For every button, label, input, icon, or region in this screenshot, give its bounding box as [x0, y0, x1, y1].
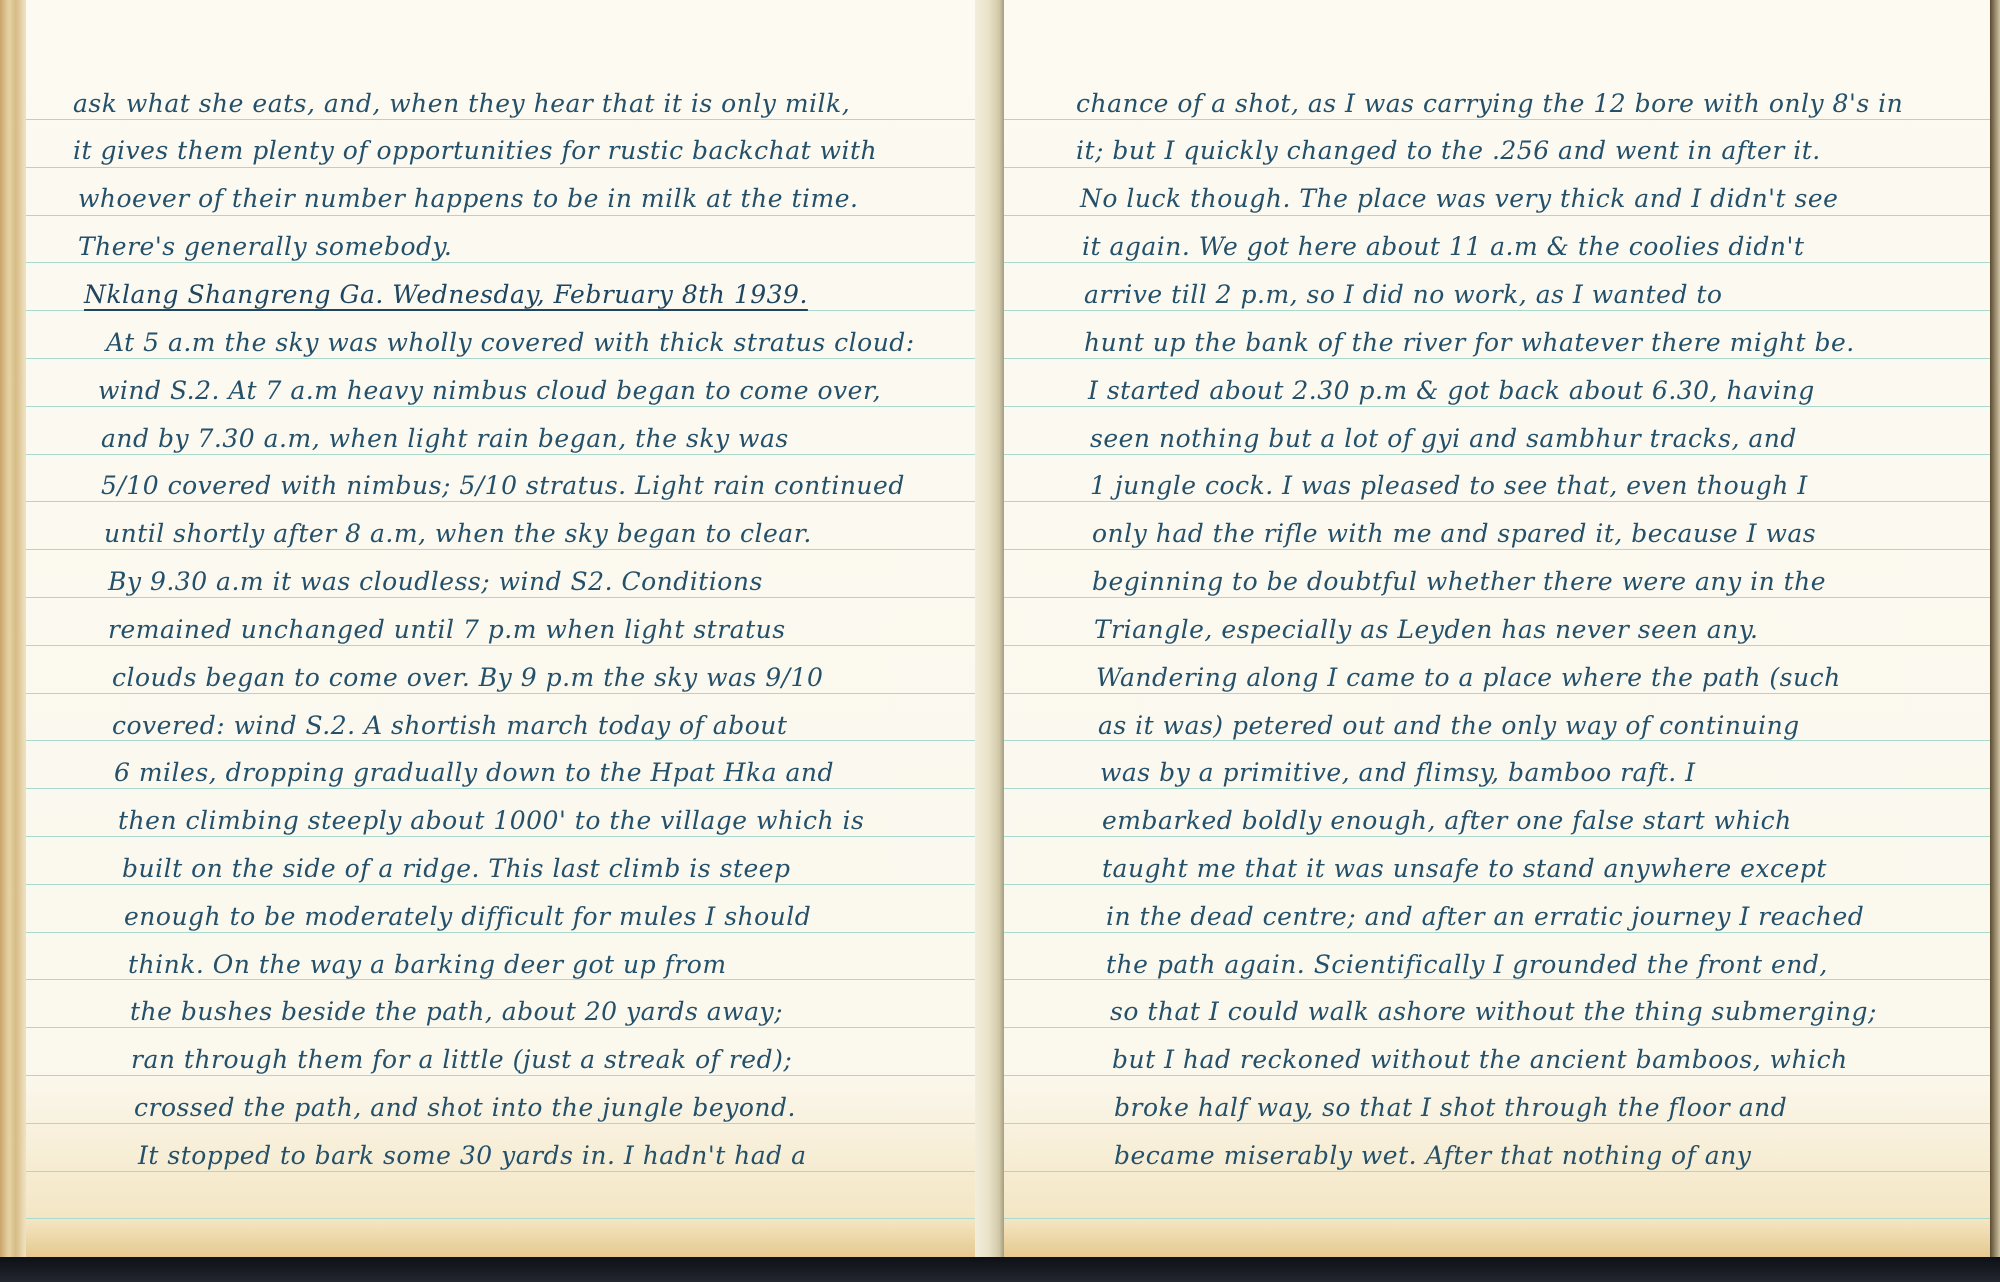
- ruled-line: [26, 884, 1000, 885]
- text-line: it again. We got here about 11 a.m & the…: [1082, 232, 1804, 261]
- ruled-line: [26, 788, 1000, 789]
- text-line: Triangle, especially as Leyden has never…: [1094, 615, 1758, 644]
- text-line: then climbing steeply about 1000' to the…: [118, 806, 864, 835]
- ruled-line: [1004, 1218, 1990, 1219]
- text-line: was by a primitive, and flimsy, bamboo r…: [1100, 758, 1696, 787]
- ruled-line: [26, 501, 1000, 502]
- text-line: crossed the path, and shot into the jung…: [134, 1093, 796, 1122]
- ruled-line: [26, 645, 1000, 646]
- text-line: clouds began to come over. By 9 p.m the …: [112, 663, 823, 692]
- text-line: it gives them plenty of opportunities fo…: [73, 136, 877, 165]
- ruled-line: [1004, 693, 1990, 694]
- book-cover-bottom: [0, 1257, 2000, 1282]
- text-line: and by 7.30 a.m, when light rain began, …: [101, 424, 789, 453]
- text-line: think. On the way a barking deer got up …: [128, 950, 727, 979]
- ruled-line: [1004, 740, 1990, 741]
- text-line: taught me that it was unsafe to stand an…: [1102, 854, 1827, 883]
- ruled-line: [1004, 358, 1990, 359]
- text-line: broke half way, so that I shot through t…: [1114, 1093, 1787, 1122]
- ruled-line: [26, 979, 1000, 980]
- text-line: beginning to be doubtful whether there w…: [1092, 567, 1826, 596]
- text-line: the path again. Scientifically I grounde…: [1106, 950, 1828, 979]
- text-line: 5/10 covered with nimbus; 5/10 stratus. …: [101, 471, 905, 500]
- ruled-line: [26, 310, 1000, 311]
- text-line: as it was) petered out and the only way …: [1098, 711, 1800, 740]
- ruled-line: [26, 1171, 1000, 1172]
- ruled-line: [26, 358, 1000, 359]
- ruled-line: [1004, 884, 1990, 885]
- open-notebook: ask what she eats, and, when they hear t…: [0, 0, 2000, 1257]
- ruled-line: [1004, 645, 1990, 646]
- text-line: became miserably wet. After that nothing…: [1114, 1141, 1751, 1170]
- ruled-line: [26, 454, 1000, 455]
- ruled-line: [1004, 501, 1990, 502]
- text-line: arrive till 2 p.m, so I did no work, as …: [1084, 280, 1723, 309]
- ruled-line: [26, 262, 1000, 263]
- text-line: so that I could walk ashore without the …: [1110, 997, 1877, 1026]
- ruled-line: [1004, 979, 1990, 980]
- ruled-line: [1004, 310, 1990, 311]
- text-line: ask what she eats, and, when they hear t…: [73, 89, 850, 118]
- text-line: covered: wind S.2. A shortish march toda…: [112, 711, 787, 740]
- text-line: chance of a shot, as I was carrying the …: [1076, 89, 1903, 118]
- book-gutter: [975, 0, 1005, 1257]
- text-line: whoever of their number happens to be in…: [78, 184, 858, 213]
- ruled-line: [1004, 262, 1990, 263]
- text-line: Wandering along I came to a place where …: [1096, 663, 1841, 692]
- ruled-line: [26, 693, 1000, 694]
- text-line: It stopped to bark some 30 yards in. I h…: [138, 1141, 807, 1170]
- ruled-line: [1004, 167, 1990, 168]
- text-line: it; but I quickly changed to the .256 an…: [1076, 136, 1821, 165]
- ruled-line: [26, 1075, 1000, 1076]
- ruled-line: [1004, 1075, 1990, 1076]
- ruled-line: [26, 1123, 1000, 1124]
- text-line: wind S.2. At 7 a.m heavy nimbus cloud be…: [98, 376, 881, 405]
- text-line: but I had reckoned without the ancient b…: [1112, 1045, 1848, 1074]
- ruled-line: [26, 119, 1000, 120]
- ruled-line: [26, 932, 1000, 933]
- right-page: chance of a shot, as I was carrying the …: [1004, 0, 1990, 1257]
- ruled-line: [26, 549, 1000, 550]
- text-line: ran through them for a little (just a st…: [131, 1045, 792, 1074]
- text-line: only had the rifle with me and spared it…: [1092, 519, 1816, 548]
- page-edge-left: [0, 0, 26, 1257]
- text-line: 1 jungle cock. I was pleased to see that…: [1090, 471, 1808, 500]
- text-line: in the dead centre; and after an erratic…: [1106, 902, 1864, 931]
- ruled-line: [1004, 1027, 1990, 1028]
- ruled-line: [1004, 1123, 1990, 1124]
- text-line: At 5 a.m the sky was wholly covered with…: [106, 328, 915, 357]
- text-line: 6 miles, dropping gradually down to the …: [114, 758, 834, 787]
- text-line: hunt up the bank of the river for whatev…: [1084, 328, 1855, 357]
- text-line: No luck though. The place was very thick…: [1080, 184, 1838, 213]
- ruled-line: [1004, 549, 1990, 550]
- ruled-line: [26, 1027, 1000, 1028]
- text-line: built on the side of a ridge. This last …: [122, 854, 791, 883]
- ruled-line: [1004, 788, 1990, 789]
- ruled-line: [1004, 836, 1990, 837]
- text-line: There's generally somebody.: [78, 232, 452, 261]
- text-line: seen nothing but a lot of gyi and sambhu…: [1090, 424, 1797, 453]
- text-line: embarked boldly enough, after one false …: [1102, 806, 1792, 835]
- ruled-line: [26, 215, 1000, 216]
- text-line: enough to be moderately difficult for mu…: [124, 902, 811, 931]
- ruled-line: [1004, 119, 1990, 120]
- ruled-line: [1004, 454, 1990, 455]
- left-page: ask what she eats, and, when they hear t…: [26, 0, 1000, 1257]
- ruled-line: [1004, 597, 1990, 598]
- ruled-line: [1004, 406, 1990, 407]
- page-edge-right: [1990, 0, 2000, 1257]
- ruled-line: [26, 597, 1000, 598]
- ruled-line: [26, 167, 1000, 168]
- text-line: remained unchanged until 7 p.m when ligh…: [108, 615, 786, 644]
- ruled-line: [26, 836, 1000, 837]
- entry-heading: Nklang Shangreng Ga. Wednesday, February…: [84, 280, 808, 309]
- ruled-line: [26, 740, 1000, 741]
- ruled-line: [26, 406, 1000, 407]
- ruled-line: [1004, 1171, 1990, 1172]
- text-line: until shortly after 8 a.m, when the sky …: [104, 519, 812, 548]
- ruled-line: [26, 1218, 1000, 1219]
- text-line: I started about 2.30 p.m & got back abou…: [1088, 376, 1815, 405]
- ruled-line: [1004, 932, 1990, 933]
- ruled-line: [1004, 215, 1990, 216]
- text-line: By 9.30 a.m it was cloudless; wind S2. C…: [108, 567, 763, 596]
- text-line: the bushes beside the path, about 20 yar…: [130, 997, 783, 1026]
